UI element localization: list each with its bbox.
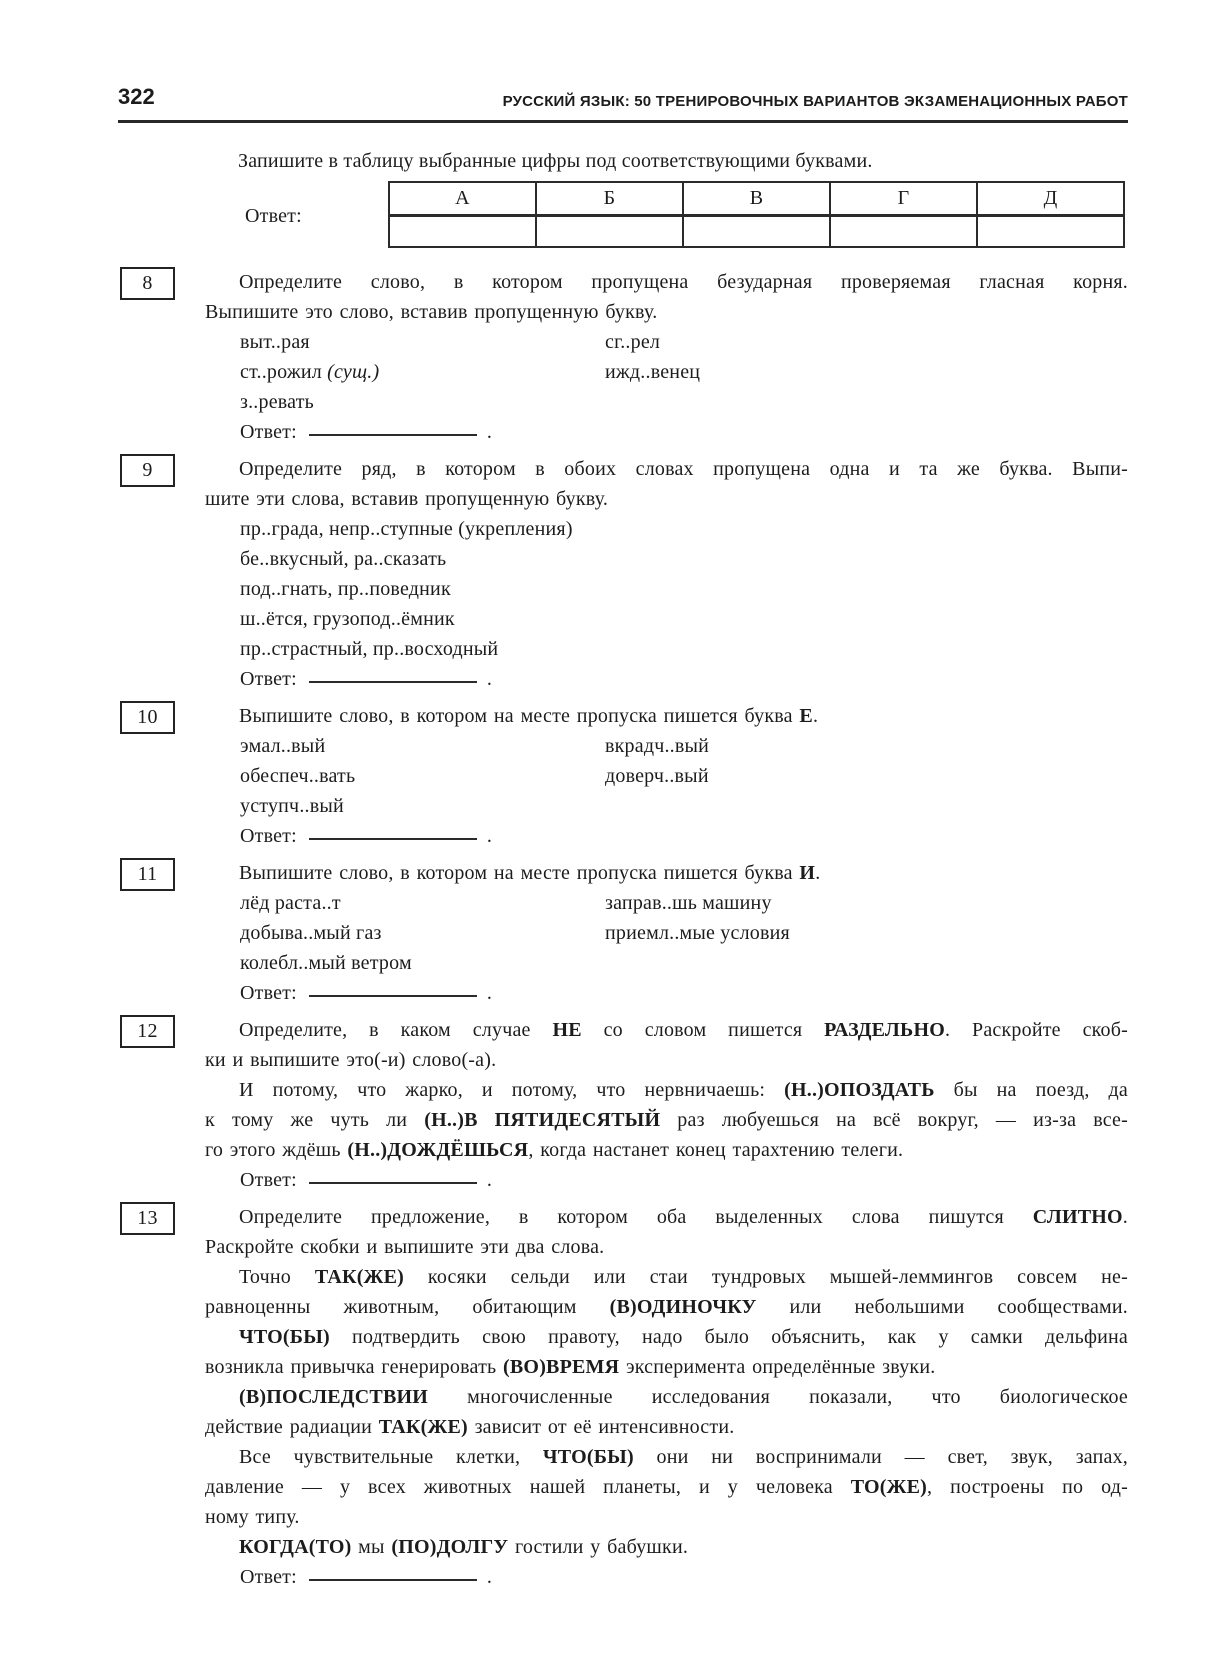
word-item: бе..вкусный, ра..сказать — [240, 544, 605, 574]
page: 322 РУССКИЙ ЯЗЫК: 50 ТРЕНИРОВОЧНЫХ ВАРИА… — [0, 0, 1216, 1654]
word-row: пр..града, непр..ступные (укрепления) — [240, 514, 1128, 544]
text-segment: эксперимента определённые звуки. — [619, 1356, 935, 1378]
text-line: давление — у всех животных нашей планеты… — [205, 1472, 1128, 1502]
text-segment: мы — [351, 1536, 391, 1558]
text-segment: ЧТО(БЫ) — [543, 1446, 634, 1468]
text-segment: (В)ПОСЛЕДСТВИИ — [239, 1386, 428, 1408]
text-line: равноценны животным, обитающим (В)ОДИНОЧ… — [205, 1292, 1128, 1322]
text-line: шите эти слова, вставив пропущенную букв… — [205, 484, 1128, 514]
text-segment: пр..страстный, пр..восходный — [240, 638, 498, 660]
text-segment: Выпишите слово, в котором на месте пропу… — [239, 862, 799, 884]
page-header: 322 РУССКИЙ ЯЗЫК: 50 ТРЕНИРОВОЧНЫХ ВАРИА… — [118, 84, 1128, 123]
word-item: эмал..вый — [240, 731, 605, 761]
text-segment: подтвердить свою правоту, надо было объя… — [330, 1326, 1128, 1348]
answer-label: Ответ: — [240, 982, 297, 1004]
answer-line: Ответ:. — [240, 978, 1128, 1008]
text-segment: приемл..мые условия — [605, 922, 790, 944]
text-segment: добыва..мый газ — [240, 922, 382, 944]
page-number: 322 — [118, 84, 155, 110]
text-line: Определите, в каком случае НЕ со словом … — [205, 1015, 1128, 1045]
text-segment: (ПО)ДОЛГУ — [391, 1536, 508, 1558]
text-line: Выпишите это слово, вставив пропущенную … — [205, 297, 1128, 327]
text-segment: возникла привычка генерировать — [205, 1356, 503, 1378]
text-segment: раз любуешься на всё вокруг, — из-за все… — [660, 1109, 1128, 1131]
word-item: добыва..мый газ — [240, 918, 605, 948]
answer-period: . — [487, 825, 492, 847]
text-segment: Определите слово, в котором пропущена бе… — [239, 271, 1128, 293]
text-segment: эмал..вый — [240, 735, 325, 757]
text-line: Все чувствительные клетки, ЧТО(БЫ) они н… — [205, 1442, 1128, 1472]
text-segment: уступч..вый — [240, 795, 344, 817]
text-segment: ТАК(ЖЕ) — [379, 1416, 468, 1438]
answer-table-label: Ответ: — [245, 205, 302, 228]
text-line: возникла привычка генерировать (ВО)ВРЕМЯ… — [205, 1352, 1128, 1382]
task-content: Определите слово, в котором пропущена бе… — [205, 267, 1128, 447]
text-line: КОГДА(ТО) мы (ПО)ДОЛГУ гостили у бабушки… — [205, 1532, 1128, 1562]
task-block: 8Определите слово, в котором пропущена б… — [118, 267, 1128, 447]
text-segment: выт..рая — [240, 331, 310, 353]
text-segment: пр..града, непр..ступные (укрепления) — [240, 518, 573, 540]
text-line: ЧТО(БЫ) подтвердить свою правоту, надо б… — [205, 1322, 1128, 1352]
text-segment: шите эти слова, вставив пропущенную букв… — [205, 488, 608, 510]
task-number: 11 — [138, 863, 158, 886]
word-row: эмал..выйвкрадч..вый — [240, 731, 1128, 761]
task-number: 9 — [142, 459, 152, 482]
answer-rule[interactable] — [309, 681, 477, 683]
text-segment: . — [813, 705, 818, 727]
text-segment: вкрадч..вый — [605, 735, 709, 757]
text-segment: гостили у бабушки. — [508, 1536, 688, 1558]
answer-period: . — [487, 982, 492, 1004]
answer-label: Ответ: — [240, 825, 297, 847]
text-line: (В)ПОСЛЕДСТВИИ многочисленные исследован… — [205, 1382, 1128, 1412]
answer-rule[interactable] — [309, 995, 477, 997]
answer-table-area: Ответ: АБВГД — [118, 181, 1128, 251]
answer-table-value-row — [389, 215, 1124, 247]
text-segment: , когда настанет конец тарахтению телеги… — [528, 1139, 903, 1161]
text-segment: ш..ётся, грузопод..ёмник — [240, 608, 455, 630]
answer-table-column-header: А — [389, 182, 536, 215]
answer-table-column-header: В — [683, 182, 830, 215]
answer-line: Ответ:. — [240, 821, 1128, 851]
text-segment: доверч..вый — [605, 765, 709, 787]
answer-period: . — [487, 1566, 492, 1588]
text-segment: И — [799, 862, 815, 884]
word-row: ст..рожил (сущ.)ижд..венец — [240, 357, 1128, 387]
answer-rule[interactable] — [309, 1182, 477, 1184]
answer-table-cell[interactable] — [977, 215, 1124, 247]
text-line: действие радиации ТАК(ЖЕ) зависит от её … — [205, 1412, 1128, 1442]
text-segment: лёд раста..т — [240, 892, 341, 914]
answer-table-cell[interactable] — [389, 215, 536, 247]
word-item: пр..страстный, пр..восходный — [240, 634, 605, 664]
text-segment: сг..рел — [605, 331, 660, 353]
text-segment: многочисленные исследования показали, чт… — [428, 1386, 1128, 1408]
word-row: выт..раясг..рел — [240, 327, 1128, 357]
text-segment: Точно — [239, 1266, 315, 1288]
word-row: ш..ётся, грузопод..ёмник — [240, 604, 1128, 634]
text-segment: давление — у всех животных нашей планеты… — [205, 1476, 851, 1498]
text-segment: . — [815, 862, 820, 884]
text-line: Точно ТАК(ЖЕ) косяки сельди или стаи тун… — [205, 1262, 1128, 1292]
text-line: Определите ряд, в котором в обоих словах… — [205, 454, 1128, 484]
text-segment: ному типу. — [205, 1506, 300, 1528]
answer-table-column-header: Д — [977, 182, 1124, 215]
text-line: Выпишите слово, в котором на месте пропу… — [205, 858, 1128, 888]
task-content: Определите предложение, в котором оба вы… — [205, 1202, 1128, 1592]
text-segment: колебл..мый ветром — [240, 952, 412, 974]
word-list: эмал..выйвкрадч..выйобеспеч..ватьдоверч.… — [240, 731, 1128, 821]
text-segment: косяки сельди или стаи тундровых мышей-л… — [404, 1266, 1128, 1288]
text-segment: Раскройте скобки и выпишите эти два слов… — [205, 1236, 604, 1258]
word-item: ижд..венец — [605, 357, 700, 387]
tasks-container: 8Определите слово, в котором пропущена б… — [118, 267, 1128, 1592]
task-number-box: 10 — [120, 701, 175, 734]
word-item: вкрадч..вый — [605, 731, 709, 761]
text-segment: (сущ.) — [327, 361, 379, 383]
word-row: колебл..мый ветром — [240, 948, 1128, 978]
text-segment: Определите предложение, в котором оба вы… — [239, 1206, 1033, 1228]
text-segment: зависит от её интенсивности. — [468, 1416, 735, 1438]
text-segment: бы на поезд, да — [935, 1079, 1128, 1101]
word-row: обеспеч..ватьдоверч..вый — [240, 761, 1128, 791]
answer-table-cell[interactable] — [683, 215, 830, 247]
answer-table-cell[interactable] — [536, 215, 683, 247]
text-segment: Выпишите слово, в котором на месте пропу… — [239, 705, 799, 727]
text-segment: равноценны животным, обитающим — [205, 1296, 610, 1318]
text-segment: ЧТО(БЫ) — [239, 1326, 330, 1348]
word-list: выт..раясг..релст..рожил (сущ.)ижд..вене… — [240, 327, 1128, 417]
text-segment: (В)ОДИНОЧКУ — [610, 1296, 757, 1318]
text-segment: со словом пишется — [582, 1019, 824, 1041]
text-line: го этого ждёшь (Н..)ДОЖДЁШЬСЯ, когда нас… — [205, 1135, 1128, 1165]
text-line: И потому, что жарко, и потому, что нервн… — [205, 1075, 1128, 1105]
word-item: з..ревать — [240, 387, 605, 417]
answer-table: АБВГД — [388, 181, 1125, 248]
text-segment: Выпишите это слово, вставив пропущенную … — [205, 301, 657, 323]
text-segment: они ни воспринимали — свет, звук, запах, — [634, 1446, 1128, 1468]
answer-period: . — [487, 668, 492, 690]
text-segment: ст..рожил — [240, 361, 327, 383]
word-row: бе..вкусный, ра..сказать — [240, 544, 1128, 574]
text-segment: ижд..венец — [605, 361, 700, 383]
task-number: 10 — [137, 706, 157, 729]
word-item: выт..рая — [240, 327, 605, 357]
word-item: приемл..мые условия — [605, 918, 790, 948]
task-block: 9Определите ряд, в котором в обоих слова… — [118, 454, 1128, 694]
text-segment: Определите ряд, в котором в обоих словах… — [239, 458, 1128, 480]
answer-table-column-header: Б — [536, 182, 683, 215]
task-block: 12Определите, в каком случае НЕ со слово… — [118, 1015, 1128, 1195]
answer-label: Ответ: — [240, 1566, 297, 1588]
task-content: Выпишите слово, в котором на месте пропу… — [205, 858, 1128, 1008]
answer-rule[interactable] — [309, 434, 477, 436]
text-segment: обеспеч..вать — [240, 765, 355, 787]
text-line: Раскройте скобки и выпишите эти два слов… — [205, 1232, 1128, 1262]
word-item: обеспеч..вать — [240, 761, 605, 791]
header-title: РУССКИЙ ЯЗЫК: 50 ТРЕНИРОВОЧНЫХ ВАРИАНТОВ… — [503, 93, 1128, 110]
task-number: 13 — [137, 1207, 157, 1230]
word-item: под..гнать, пр..поведник — [240, 574, 605, 604]
task-number: 8 — [142, 272, 152, 295]
answer-line: Ответ:. — [240, 1562, 1128, 1592]
text-line: к тому же чуть ли (Н..)В ПЯТИДЕСЯТЫЙ раз… — [205, 1105, 1128, 1135]
text-segment: КОГДА(ТО) — [239, 1536, 351, 1558]
task-content: Определите, в каком случае НЕ со словом … — [205, 1015, 1128, 1195]
task-number-box: 13 — [120, 1202, 175, 1235]
text-segment: ки и выпишите это(-и) слово(-а). — [205, 1049, 496, 1071]
word-row: пр..страстный, пр..восходный — [240, 634, 1128, 664]
task-number-box: 12 — [120, 1015, 175, 1048]
text-segment: действие радиации — [205, 1416, 379, 1438]
text-line: Определите слово, в котором пропущена бе… — [205, 267, 1128, 297]
word-item: сг..рел — [605, 327, 660, 357]
word-item: колебл..мый ветром — [240, 948, 605, 978]
word-row: лёд раста..тзаправ..шь машину — [240, 888, 1128, 918]
text-segment: (ВО)ВРЕМЯ — [503, 1356, 619, 1378]
text-segment: з..ревать — [240, 391, 314, 413]
answer-line: Ответ:. — [240, 1165, 1128, 1195]
text-segment: (Н..)В ПЯТИДЕСЯТЫЙ — [424, 1109, 660, 1131]
answer-rule[interactable] — [309, 838, 477, 840]
text-segment: или небольшими сообществами. — [756, 1296, 1128, 1318]
word-row: уступч..вый — [240, 791, 1128, 821]
text-segment: . Раскройте скоб- — [945, 1019, 1128, 1041]
answer-table-header-row: АБВГД — [389, 182, 1124, 215]
text-segment: (Н..)ОПОЗДАТЬ — [784, 1079, 935, 1101]
word-row: добыва..мый газприемл..мые условия — [240, 918, 1128, 948]
word-list: лёд раста..тзаправ..шь машинудобыва..мый… — [240, 888, 1128, 978]
word-item: уступч..вый — [240, 791, 605, 821]
word-item: заправ..шь машину — [605, 888, 772, 918]
text-segment: Е — [799, 705, 813, 727]
text-segment: под..гнать, пр..поведник — [240, 578, 451, 600]
word-row: под..гнать, пр..поведник — [240, 574, 1128, 604]
answer-line: Ответ:. — [240, 664, 1128, 694]
text-segment: бе..вкусный, ра..сказать — [240, 548, 446, 570]
text-segment: СЛИТНО — [1033, 1206, 1123, 1228]
answer-line: Ответ:. — [240, 417, 1128, 447]
task-number-box: 8 — [120, 267, 175, 300]
task-content: Выпишите слово, в котором на месте пропу… — [205, 701, 1128, 851]
text-line: Выпишите слово, в котором на месте пропу… — [205, 701, 1128, 731]
task-number-box: 9 — [120, 454, 175, 487]
answer-label: Ответ: — [240, 421, 297, 443]
task-block: 10Выпишите слово, в котором на месте про… — [118, 701, 1128, 851]
text-segment: ТАК(ЖЕ) — [315, 1266, 404, 1288]
text-segment: к тому же чуть ли — [205, 1109, 424, 1131]
text-segment: . — [1123, 1206, 1128, 1228]
task-number: 12 — [137, 1020, 157, 1043]
text-segment: РАЗДЕЛЬНО — [824, 1019, 945, 1041]
task-number-box: 11 — [120, 858, 175, 891]
answer-label: Ответ: — [240, 668, 297, 690]
word-list: пр..града, непр..ступные (укрепления)бе.… — [240, 514, 1128, 664]
text-line: ки и выпишите это(-и) слово(-а). — [205, 1045, 1128, 1075]
text-segment: НЕ — [552, 1019, 581, 1041]
task-block: 11Выпишите слово, в котором на месте про… — [118, 858, 1128, 1008]
answer-period: . — [487, 421, 492, 443]
answer-period: . — [487, 1169, 492, 1191]
text-segment: Все чувствительные клетки, — [239, 1446, 543, 1468]
answer-table-column-header: Г — [830, 182, 977, 215]
word-row: з..ревать — [240, 387, 1128, 417]
text-line: Определите предложение, в котором оба вы… — [205, 1202, 1128, 1232]
answer-rule[interactable] — [309, 1579, 477, 1581]
text-segment: го этого ждёшь — [205, 1139, 347, 1161]
word-item: лёд раста..т — [240, 888, 605, 918]
text-segment: , построены по од- — [927, 1476, 1128, 1498]
answer-table-intro: Запишите в таблицу выбранные цифры под с… — [238, 149, 1128, 173]
task-content: Определите ряд, в котором в обоих словах… — [205, 454, 1128, 694]
task-block: 13Определите предложение, в котором оба … — [118, 1202, 1128, 1592]
answer-label: Ответ: — [240, 1169, 297, 1191]
word-item: доверч..вый — [605, 761, 709, 791]
text-segment: заправ..шь машину — [605, 892, 772, 914]
word-item: ш..ётся, грузопод..ёмник — [240, 604, 605, 634]
text-segment: Определите, в каком случае — [239, 1019, 552, 1041]
text-segment: ТО(ЖЕ) — [851, 1476, 927, 1498]
word-item: пр..града, непр..ступные (укрепления) — [240, 514, 605, 544]
text-line: ному типу. — [205, 1502, 1128, 1532]
answer-table-cell[interactable] — [830, 215, 977, 247]
text-segment: И потому, что жарко, и потому, что нервн… — [239, 1079, 784, 1101]
word-item: ст..рожил (сущ.) — [240, 357, 605, 387]
text-segment: (Н..)ДОЖДЁШЬСЯ — [347, 1139, 528, 1161]
